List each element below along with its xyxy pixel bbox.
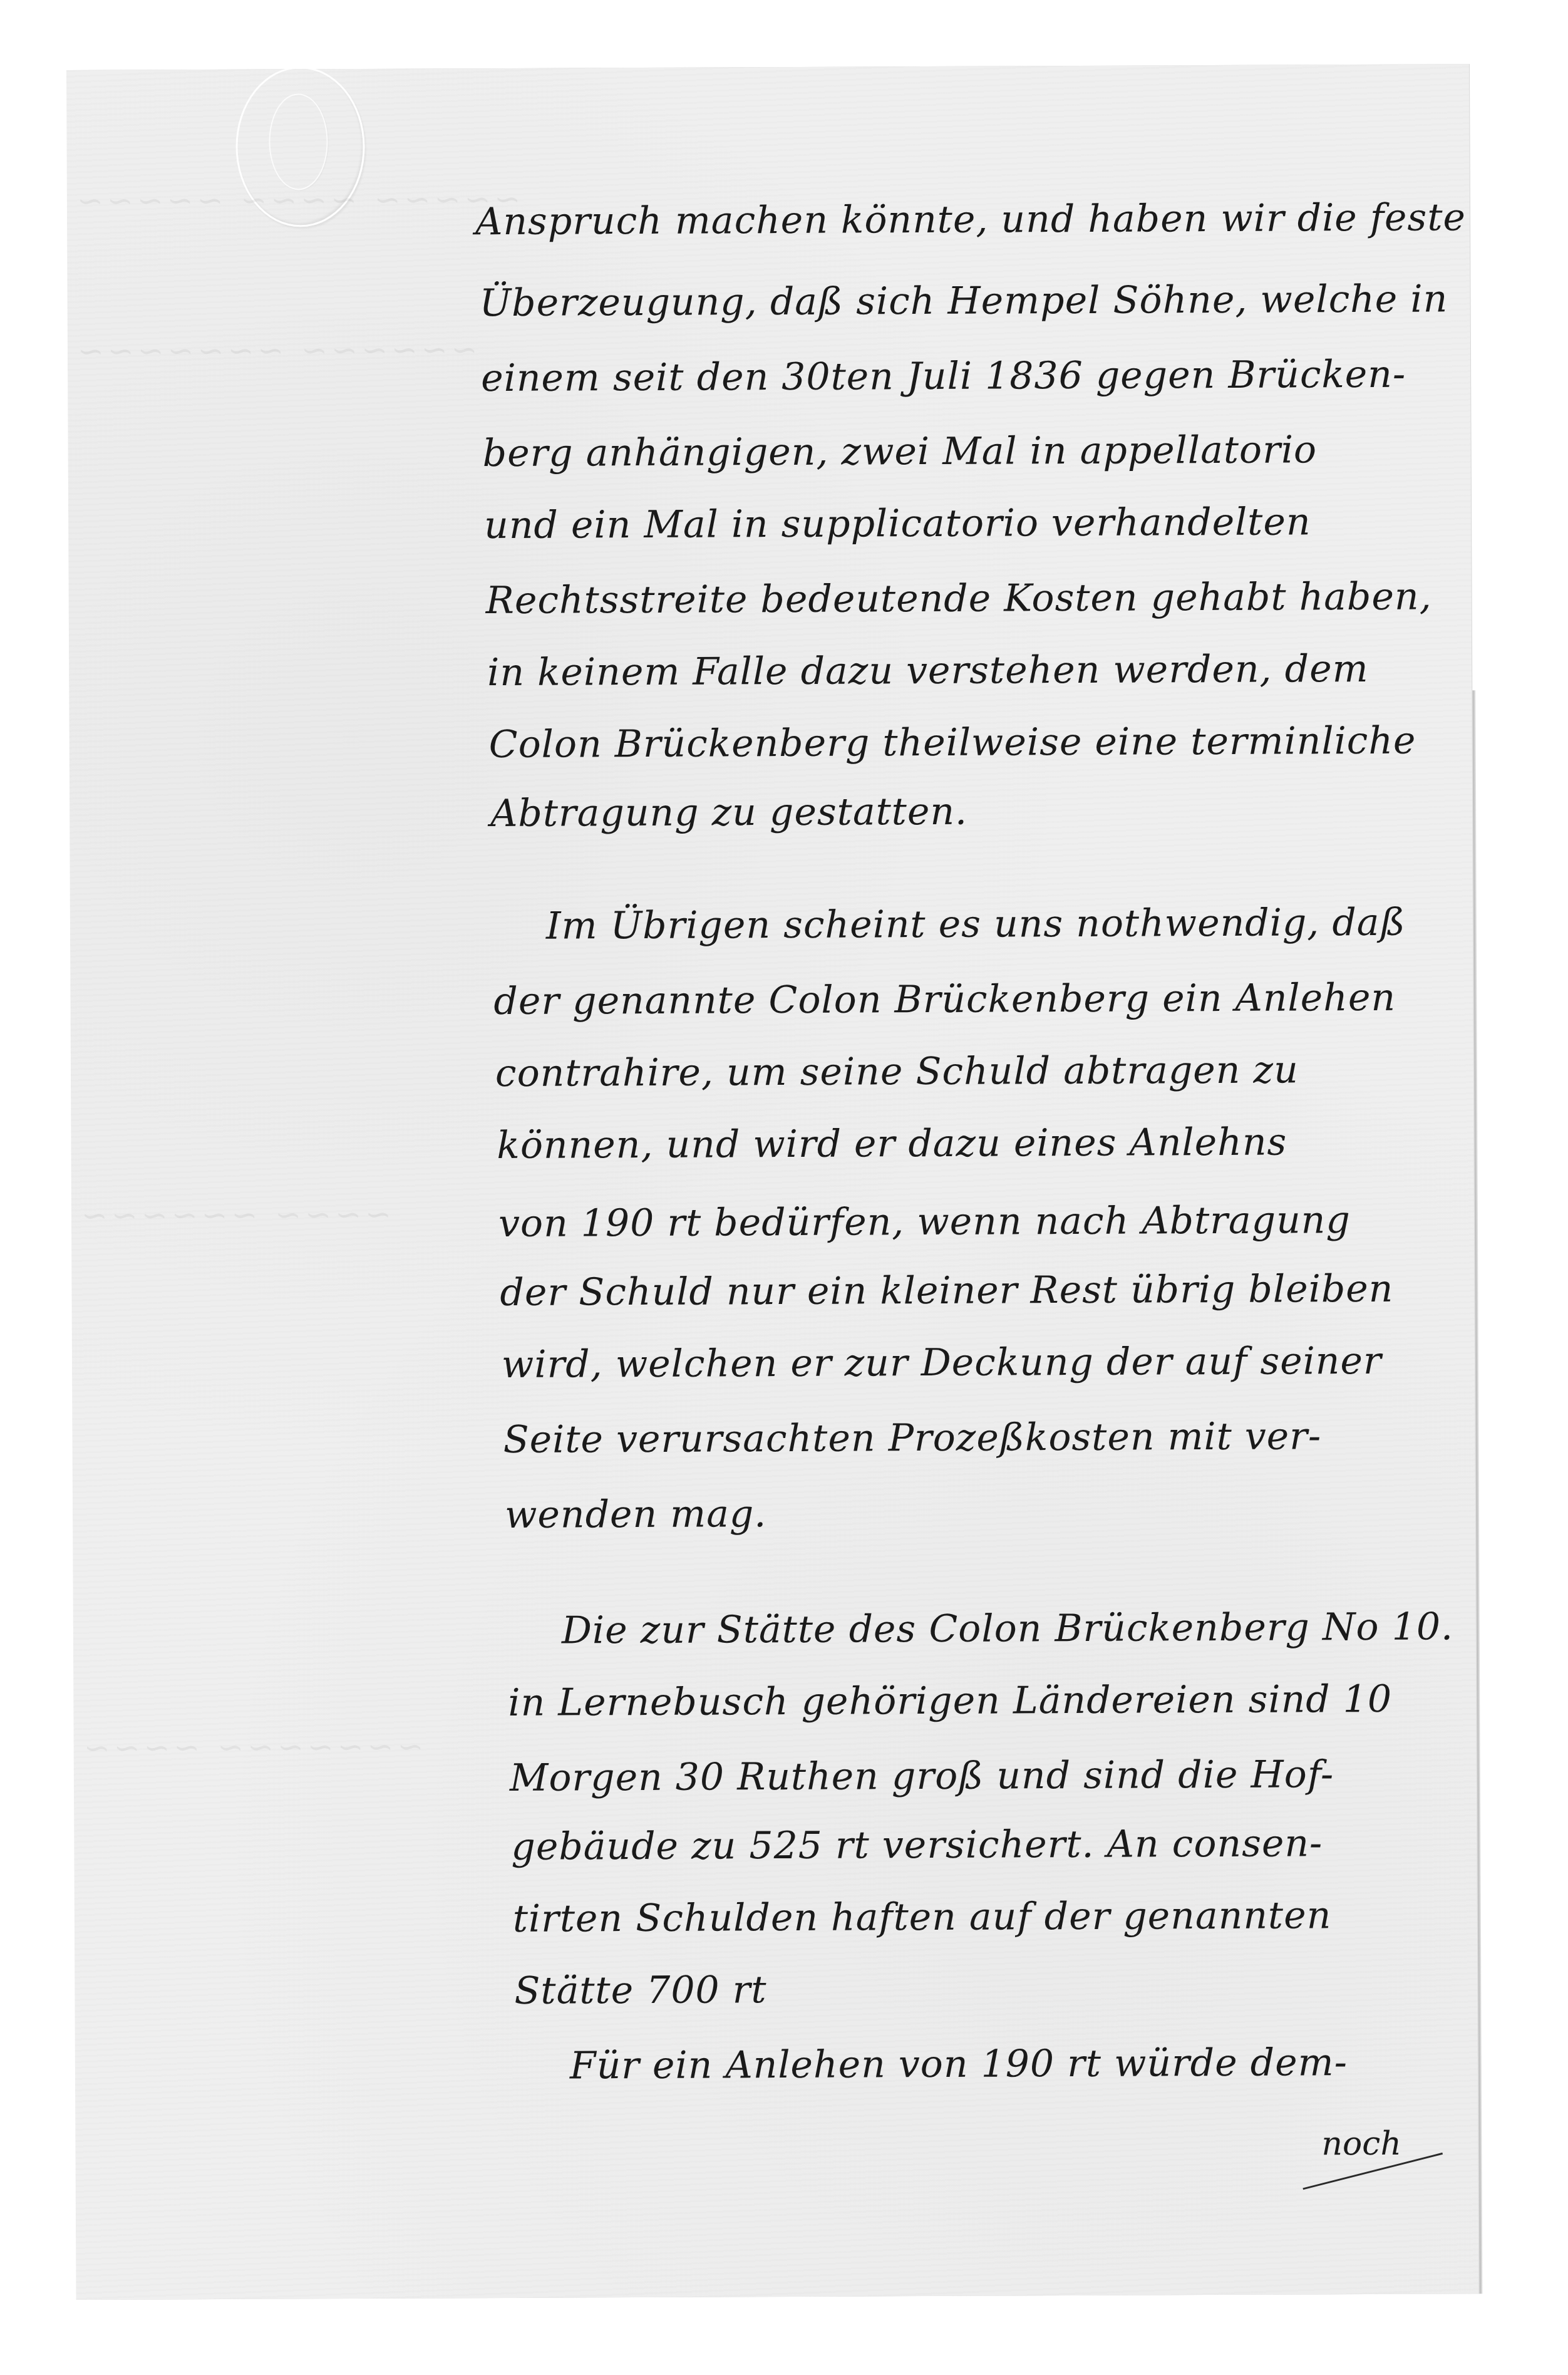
text-line: wenden mag.: [505, 1495, 767, 1534]
text-line: Seite verursachten Prozeßkosten mit ver-: [503, 1417, 1321, 1459]
text-line: von 190 rt bedürfen, wenn nach Abtragung: [498, 1201, 1351, 1243]
bleed-through-text: ~~~~~ ~~~~ ~~~~~: [73, 181, 521, 219]
text-line: in keinem Falle dazu verstehen werden, d…: [487, 650, 1369, 691]
text-line: in Lernebusch gehörigen Ländereien sind …: [508, 1680, 1392, 1722]
bleed-through-text: ~~~~~~ ~~~~~~~: [74, 331, 478, 370]
text-line: Rechtsstreite bedeutende Kosten gehabt h…: [486, 577, 1432, 619]
text-line: contrahire, um seine Schuld abtragen zu: [495, 1051, 1299, 1092]
text-line: Im Übrigen scheint es uns nothwendig, da…: [546, 904, 1406, 945]
text-line: gebäude zu 525 rt versichert. An consen-: [511, 1824, 1323, 1866]
text-line: Für ein Anlehen von 190 rt würde dem-: [570, 2044, 1348, 2084]
text-line: der Schuld nur ein kleiner Rest übrig bl…: [500, 1270, 1393, 1312]
text-line: Morgen 30 Ruthen groß und sind die Hof-: [510, 1756, 1334, 1797]
catchword: noch: [1321, 2125, 1401, 2163]
text-line: wird, welchen er zur Deckung der auf sei…: [502, 1342, 1382, 1384]
bleed-through-text: ~~~~ ~~~~~~: [78, 1196, 391, 1234]
text-line: Die zur Stätte des Colon Brückenberg No …: [562, 1608, 1453, 1649]
seal-inner-ring: [269, 93, 328, 190]
text-line: der genannte Colon Brückenberg ein Anleh…: [493, 979, 1396, 1020]
manuscript-page: ~~~~~ ~~~~ ~~~~~ ~~~~~~ ~~~~~~~ ~~~~ ~~~…: [66, 64, 1479, 2300]
bleed-through-text: ~~~~~~~ ~~~~: [80, 1729, 424, 1766]
text-line: berg anhängigen, zwei Mal in appellatori…: [483, 431, 1318, 472]
text-line: Stätte 700 rt: [514, 1971, 766, 2010]
text-line: können, und wird er dazu eines Anlehns: [497, 1124, 1287, 1165]
page-edge-shadow: [1472, 690, 1482, 2294]
text-line: und ein Mal in supplicatorio verhandelte…: [484, 503, 1311, 544]
text-line: Colon Brückenberg theilweise eine termin…: [489, 722, 1416, 763]
text-line: Überzeugung, daß sich Hempel Söhne, welc…: [479, 280, 1448, 322]
text-line: einem seit den 30ten Juli 1836 gegen Brü…: [481, 356, 1406, 397]
text-line: Anspruch machen könnte, und haben wir di…: [475, 199, 1466, 241]
text-line: Abtragung zu gestatten.: [490, 793, 967, 832]
text-line: tirten Schulden haften auf der genannten: [513, 1896, 1332, 1938]
